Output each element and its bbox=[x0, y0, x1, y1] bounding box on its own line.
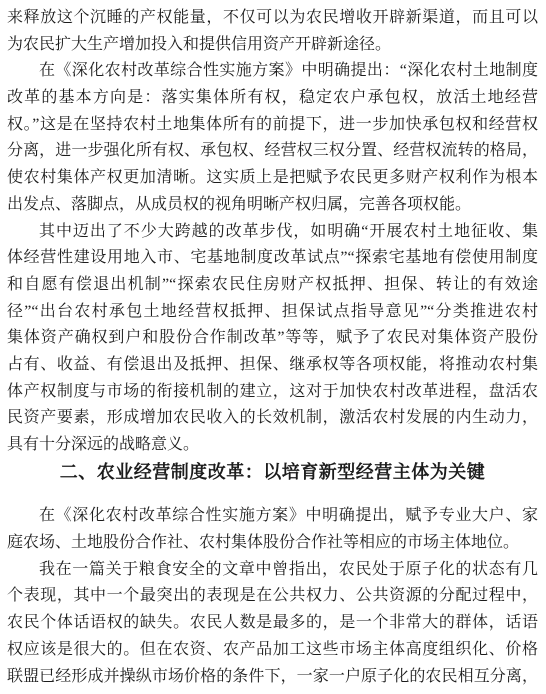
text-line: 庭农场、土地股份合作社、农村集体股份合作社等相应的市场主体地位。 bbox=[7, 530, 538, 557]
text-line: 个表现，其中一个最突出的表现是在公共权力、公共资源的分配过程中， bbox=[7, 583, 538, 610]
text-line: 和自愿有偿退出机制”“探索农民住房财产权抵押、担保、转让的有效途 bbox=[7, 272, 538, 299]
text-line: 出发点、落脚点，从成员权的视角明晰产权归属，完善各项权能。 bbox=[7, 192, 538, 219]
text-line: 集体资产确权到户和股份合作制改革”等等，赋予了农民对集体资产股份 bbox=[7, 325, 538, 352]
text-line: 体产权制度与市场的衔接机制的建立，这对于加快农村改革进程，盘活农 bbox=[7, 379, 538, 406]
text-line: 改革的基本方向是：落实集体所有权，稳定农户承包权，放活土地经营 bbox=[7, 85, 538, 112]
text-line: 体经营性建设用地入市、宅基地制度改革试点”“探索宅基地有偿使用制度 bbox=[7, 245, 538, 272]
text-line: 来释放这个沉睡的产权能量，不仅可以为农民增收开辟新渠道，而且可以 bbox=[7, 5, 538, 32]
text-line: 其中迈出了不少大跨越的改革步伐，如明确“开展农村土地征收、集 bbox=[7, 219, 538, 246]
text-line: 农民个体话语权的缺失。农民人数是最多的，是一个非常大的群体，话语 bbox=[7, 610, 538, 637]
text-line: 分离，进一步强化所有权、承包权、经营权三权分置、经营权流转的格局， bbox=[7, 138, 538, 165]
text-line: 权。”这是在坚持农村土地集体所有的前提下，进一步加快承包权和经营权 bbox=[7, 112, 538, 139]
document-page: 来释放这个沉睡的产权能量，不仅可以为农民增收开辟新渠道，而且可以为农民扩大生产增… bbox=[0, 0, 546, 694]
text-line: 在《深化农村改革综合性实施方案》中明确提出，赋予专业大户、家 bbox=[7, 503, 538, 530]
text-line: 占有、收益、有偿退出及抵押、担保、继承权等各项权能，将推动农村集 bbox=[7, 352, 538, 379]
text-line: 联盟已经形成并操纵市场价格的条件下，一家一户原子化的农民相互分离， bbox=[7, 664, 538, 691]
text-line: 径”“出台农村承包土地经营权抵押、担保试点指导意见”“分类推进农村 bbox=[7, 299, 538, 326]
text-line: 在《深化农村改革综合性实施方案》中明确提出：“深化农村土地制度 bbox=[7, 58, 538, 85]
text-column: 来释放这个沉睡的产权能量，不仅可以为农民增收开辟新渠道，而且可以为农民扩大生产增… bbox=[0, 0, 546, 690]
text-line: 我在一篇关于粮食安全的文章中曾指出，农民处于原子化的状态有几 bbox=[7, 557, 538, 584]
section-heading: 二、农业经营制度改革：以培育新型经营主体为关键 bbox=[7, 459, 538, 486]
text-line: 民资产要素，形成增加农民收入的长效机制，激活农村发展的内生动力， bbox=[7, 405, 538, 432]
text-line: 使农村集体产权更加清晰。这实质上是把赋予农民更多财产权利作为根本 bbox=[7, 165, 538, 192]
text-line: 具有十分深远的战略意义。 bbox=[7, 432, 538, 459]
text-line: 权应该是很大的。但在农资、农产品加工这些市场主体高度组织化、价格 bbox=[7, 637, 538, 664]
text-line: 为农民扩大生产增加投入和提供信用资产开辟新途径。 bbox=[7, 32, 538, 59]
